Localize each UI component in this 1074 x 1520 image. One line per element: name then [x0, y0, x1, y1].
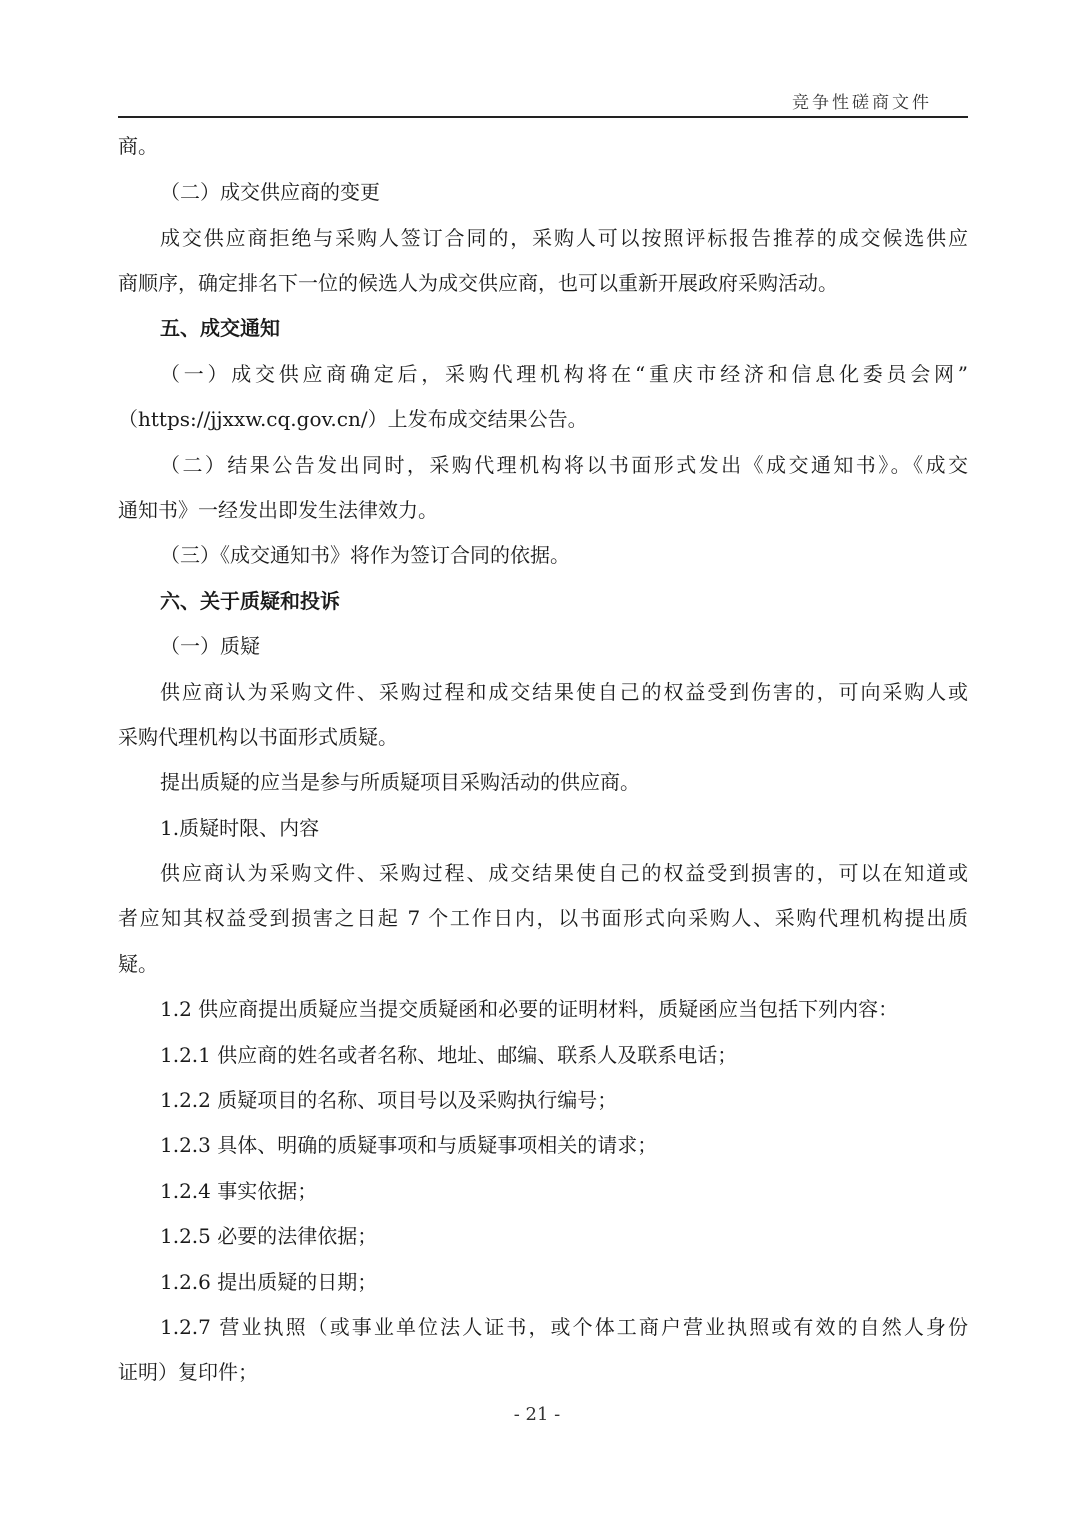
paragraph-line: 者应知其权益受到损害之日起 7 个工作日内，以书面形式向采购人、采购代理机构提出… — [118, 904, 968, 932]
list-item: 1.2.5 必要的法律依据； — [160, 1222, 377, 1250]
paragraph-line: 通知书》一经发出即发生法律效力。 — [118, 496, 438, 524]
list-item: 1.2.4 事实依据； — [160, 1177, 317, 1205]
list-item: 1.2.2 质疑项目的名称、项目号以及采购执行编号； — [160, 1086, 617, 1114]
paragraph-line: 疑。 — [118, 950, 158, 978]
paragraph-line: （三）《成交通知书》将作为签订合同的依据。 — [160, 541, 570, 569]
paragraph-line: 提出质疑的应当是参与所质疑项目采购活动的供应商。 — [160, 768, 640, 796]
paragraph-line: （https://jjxxw.cq.gov.cn/）上发布成交结果公告。 — [118, 405, 588, 433]
paragraph-line: 1.2 供应商提出质疑应当提交质疑函和必要的证明材料，质疑函应当包括下列内容： — [160, 995, 898, 1023]
paragraph-line: （一）成交供应商确定后，采购代理机构将在“重庆市经济和信息化委员会网” — [160, 360, 968, 388]
list-item: 1.2.7 营业执照（或事业单位法人证书，或个体工商户营业执照或有效的自然人身份 — [160, 1313, 968, 1341]
paragraph-line: 成交供应商拒绝与采购人签订合同的，采购人可以按照评标报告推荐的成交候选供应 — [160, 224, 968, 252]
paragraph-line: （二）结果公告发出同时，采购代理机构将以书面形式发出《成交通知书》。《成交 — [160, 451, 968, 479]
paragraph-line: 商顺序，确定排名下一位的候选人为成交供应商，也可以重新开展政府采购活动。 — [118, 269, 838, 297]
list-item: 1.2.1 供应商的姓名或者名称、地址、邮编、联系人及联系电话； — [160, 1041, 737, 1069]
subsection-heading: （二）成交供应商的变更 — [160, 178, 380, 206]
subsection-heading: （一）质疑 — [160, 632, 260, 660]
subsection-heading: 1.质疑时限、内容 — [160, 814, 319, 842]
list-item: 1.2.3 具体、明确的质疑事项和与质疑事项相关的请求； — [160, 1131, 657, 1159]
paragraph-line: 采购代理机构以书面形式质疑。 — [118, 723, 398, 751]
list-item: 1.2.6 提出质疑的日期； — [160, 1268, 377, 1296]
header-rule — [118, 116, 968, 118]
paragraph-line: 商。 — [118, 132, 158, 160]
section-heading: 五、成交通知 — [160, 314, 280, 342]
list-item: 证明）复印件； — [118, 1358, 258, 1386]
paragraph-line: 供应商认为采购文件、采购过程和成交结果使自己的权益受到伤害的，可向采购人或 — [160, 678, 968, 706]
page-number: - 21 - — [0, 1404, 1074, 1425]
paragraph-line: 供应商认为采购文件、采购过程、成交结果使自己的权益受到损害的，可以在知道或 — [160, 859, 968, 887]
section-heading: 六、关于质疑和投诉 — [160, 587, 340, 615]
page-header-title: 竞争性磋商文件 — [792, 88, 932, 113]
